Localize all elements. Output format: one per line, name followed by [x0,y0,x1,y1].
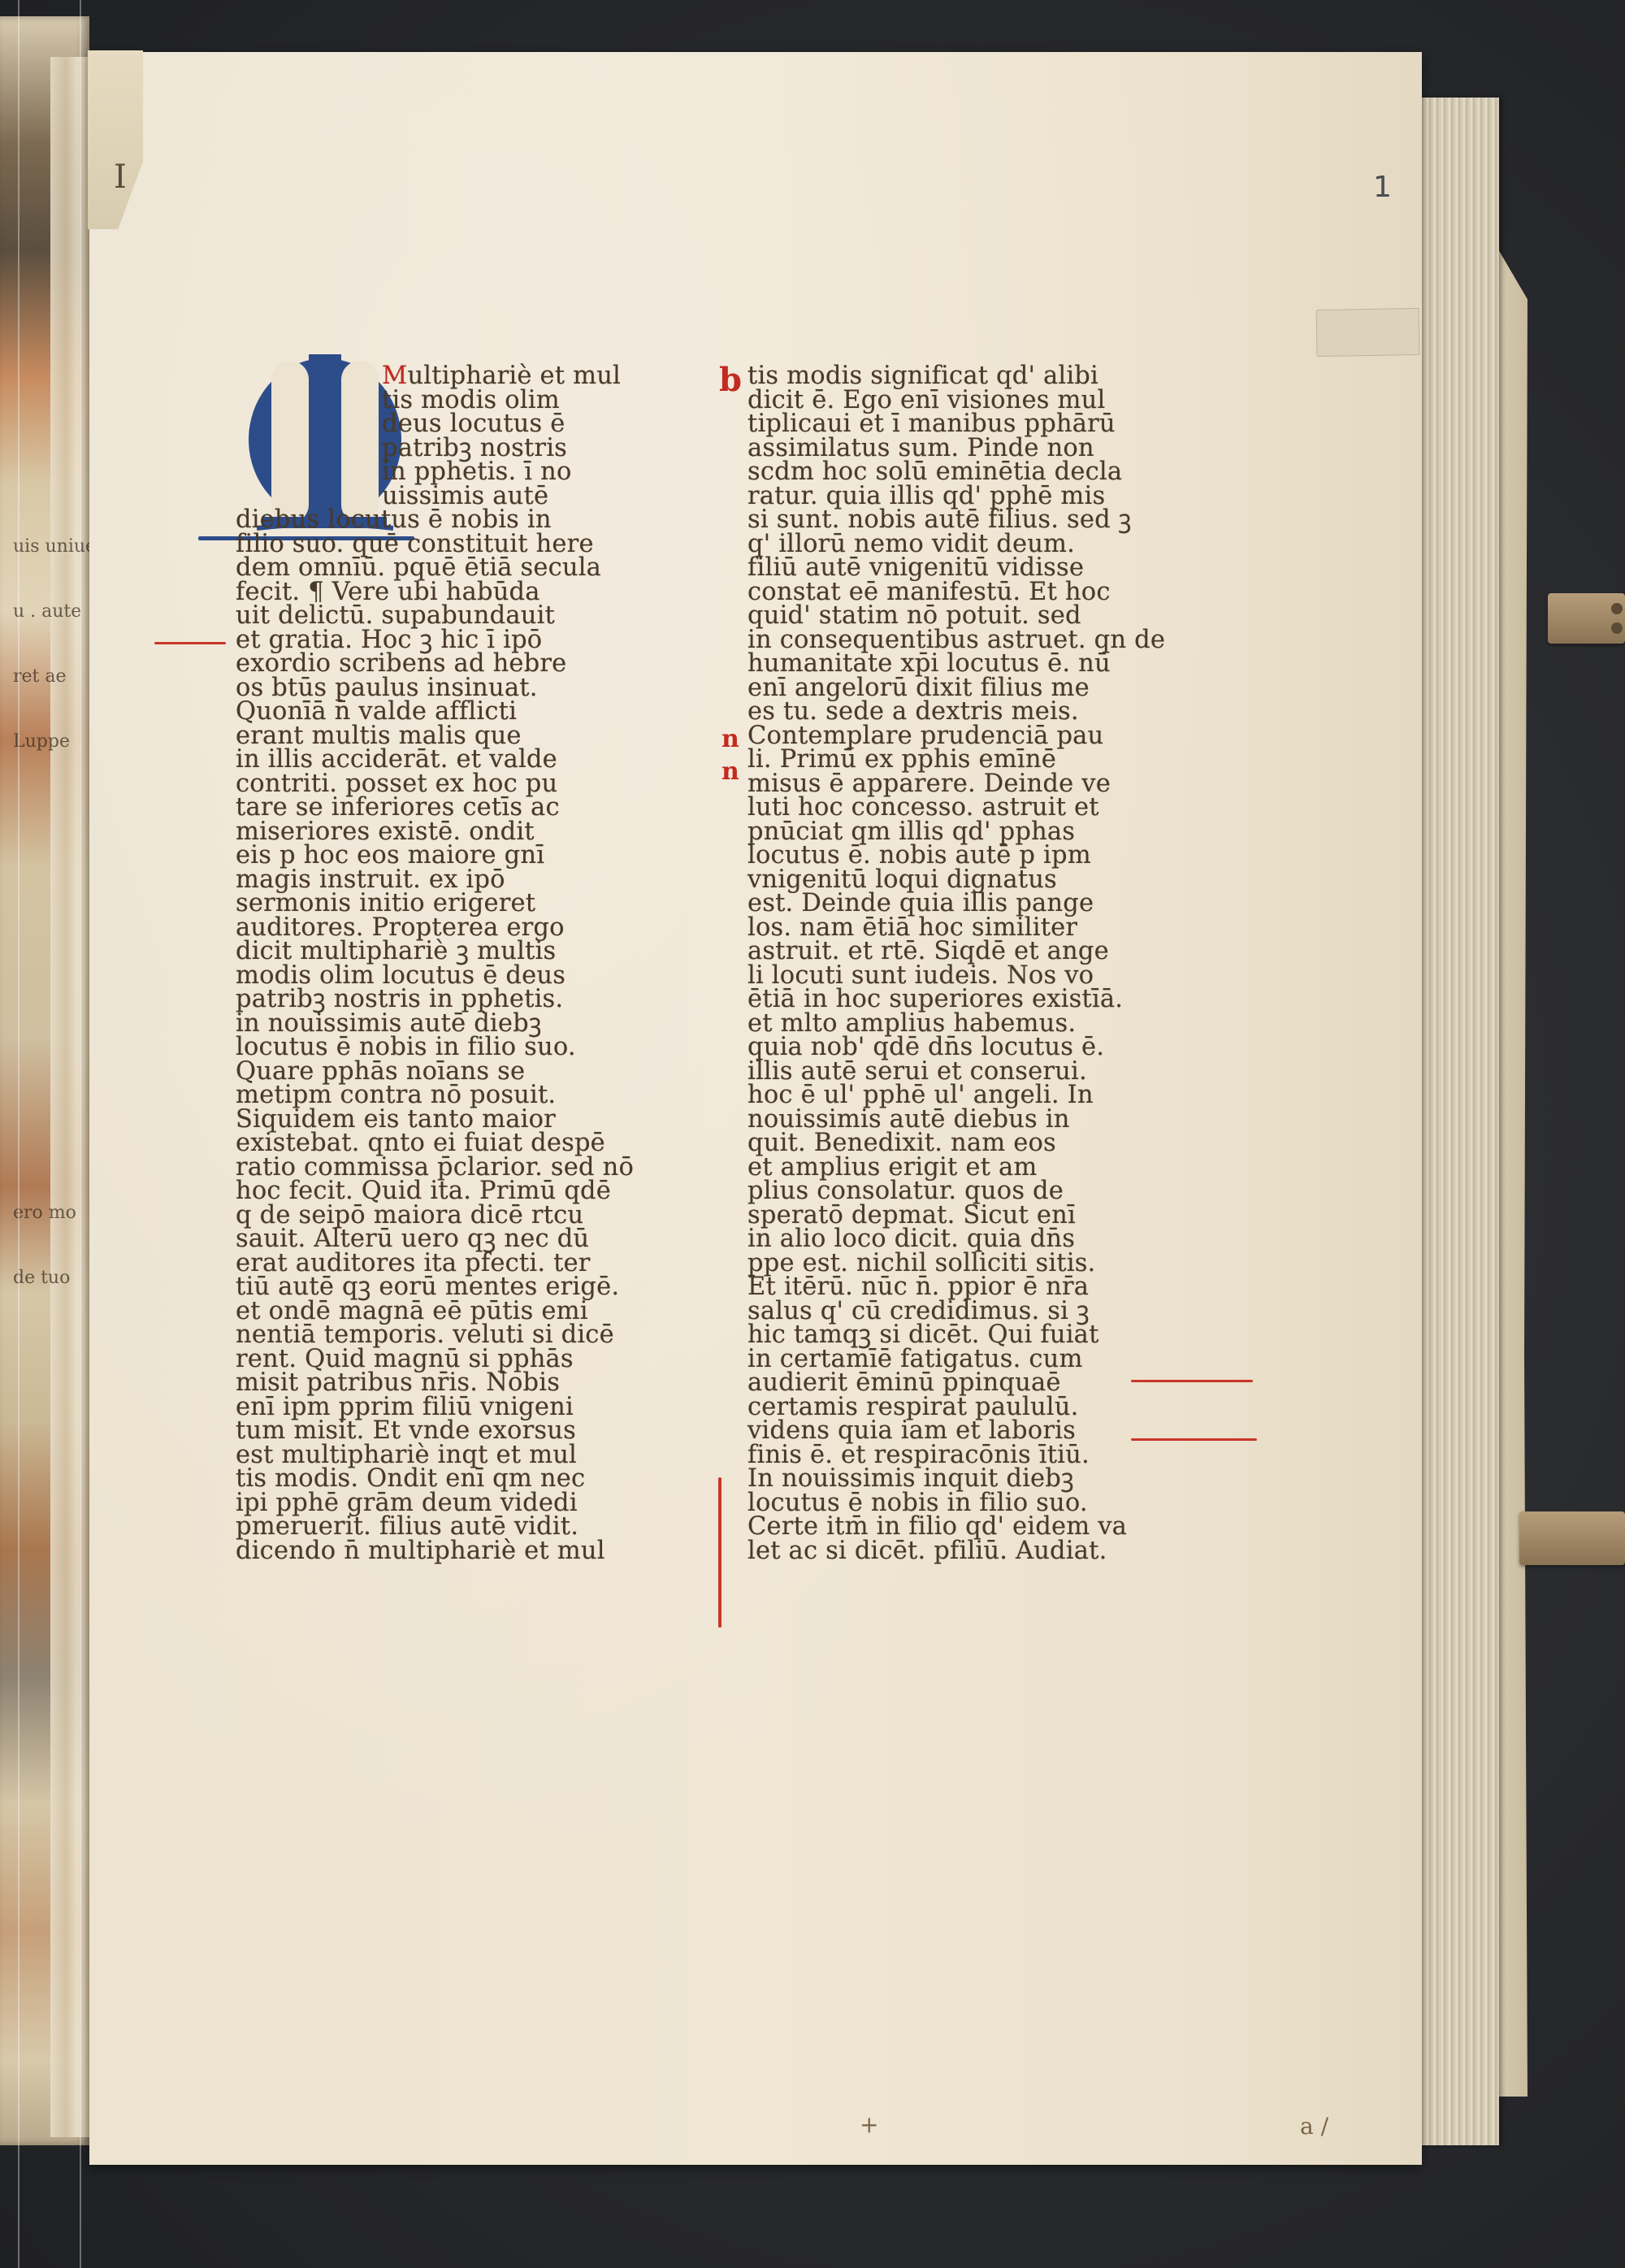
text-line: enī angelorū dixit filius me [747,676,1170,700]
text-line: in nouissimis autē diebꝫ [236,1012,658,1036]
text-line: scdm hoc solū eminētia decla [747,460,1170,484]
text-line: los. nam ētiā hoc similiter [747,916,1170,940]
text-line: eis p hoc eos maiore gnī [236,843,658,868]
glass-plate-edge [80,0,81,2268]
text-line: uissimis autē [236,484,658,509]
text-line: certamis respirat paululū. [747,1395,1170,1420]
binding-fragment-text: u . aute [13,601,81,622]
foot-mark: + [860,2111,878,2138]
text-line: pmeruerit. filius autē vidit. [236,1515,658,1539]
text-line: misit patribus nr̄is. Nobis [236,1371,658,1395]
text-line: locutus ē. nobis autē p ipm [747,843,1170,868]
binding-fragment-text: ero mo [13,1203,76,1223]
paper-marker-tab [1316,308,1420,357]
text-line: quit. Benedixit. nam eos [747,1131,1170,1156]
folio-number: 1 [1373,171,1392,204]
column-letter-b: b [719,361,742,399]
text-line: Quare pphās noīans se [236,1060,658,1084]
text-line: dem omnīū. pquē ētiā secula [236,556,658,580]
text-line: misus ē apparere. Deinde ve [747,772,1170,796]
text-line: rent. Quid magnū si pphās [236,1347,658,1372]
rubric-margin-line [154,642,226,644]
text-line: speratō depmat. Sicut enī [747,1203,1170,1228]
text-line: tiū autē qꝫ eorū mentes erigē. [236,1275,658,1299]
text-line: erat auditores ita pfecti. ter [236,1251,658,1276]
text-line: enī ipm pprim filiū vnigeni [236,1395,658,1420]
text-line: in certamīē fatigatus. cum [747,1347,1170,1372]
text-line: erant multis malis que [236,724,658,748]
text-line: illis autē serui et conserui. [747,1060,1170,1084]
text-line: in alio loco dicit. quia dn̄s [747,1227,1170,1251]
fore-edge-page-block [1418,98,1499,2145]
text-line: contriti. posset ex hoc pu [236,772,658,796]
text-line: metipm contra nō posuit. [236,1083,658,1108]
rivet-icon [1611,603,1623,614]
text-line: ppe est. nichil solliciti sitis. [747,1251,1170,1276]
binding-fragment-text: de tuo [13,1268,70,1288]
binding-guard-strip [50,57,89,2137]
text-line: Quonīā n̄ valde afflicti [236,700,658,724]
text-line: patribꝫ nostris in pphetis. [236,987,658,1012]
text-line: tis modis significat qd' alibi [747,364,1170,388]
flyleaf-numeral: I [114,158,127,196]
rubric-margin-n: n [721,725,739,753]
text-line: diebus locutus ē nobis in [236,508,658,532]
text-line: tis modis. Ondit enī qm nec [236,1467,658,1491]
text-line: hic tamqꝫ si dicēt. Qui fuiat [747,1323,1170,1347]
text-line: Siquidem eis tanto maior [236,1108,658,1132]
text-line: sermonis initio erigeret [236,891,658,916]
text-line: let ac si dicēt. pfiliū. Audiat. [747,1539,1170,1563]
text-line: nouissimis autē diebus in [747,1108,1170,1132]
text-line: uit delictū. supabundauit [236,604,658,628]
text-line: astruit. et rtē. Siqdē et ange [747,939,1170,964]
text-line: li locuti sunt iudeis. Nos vo [747,964,1170,988]
text-line: tum misit. Et vnde exorsus [236,1419,658,1443]
text-line: quid' statim nō potuit. sed [747,604,1170,628]
text-line: In nouissimis inquit diebꝫ [747,1467,1170,1491]
text-column-a: Multiphariè et mul tis modis olim deus l… [236,364,658,1563]
text-line: auditores. Propterea ergo [236,916,658,940]
binding-fragment-text: ret ae [13,666,67,687]
glass-plate-edge [18,0,19,2268]
text-line: in consequentibus astruet. qn de [747,628,1170,653]
text-line: audierit ēminū ppinquaē [747,1371,1170,1395]
text-line: Contemplare prudenciā pau [747,724,1170,748]
clasp-strap-lower [1519,1511,1625,1565]
rubric-margin-n: n [721,757,739,786]
text-line: li. Primū ex pphis emīnē [747,748,1170,772]
text-line: miseriores existē. ondit [236,820,658,844]
text-line: plius consolatur. quos de [747,1179,1170,1203]
text-line: quia nob' qdē dn̄s locutus ē. [747,1035,1170,1060]
text-line: fecit. ¶ Vere ubi habūda [236,580,658,605]
text-line: es tu. sede a dextris meis. [747,700,1170,724]
text-line: si sunt. nobis autē filius. sed ꝫ [747,508,1170,532]
text-line: dicendo n̄ multiphariè et mul [236,1539,658,1563]
text-line: est multiphariè inqt et mul [236,1443,658,1468]
text-line: hoc ē ul' pphē ul' angeli. In [747,1083,1170,1108]
text-line: in illis acciderāt. et valde [236,748,658,772]
binding-fragment-text: uis uniue [13,536,96,557]
text-line: tis modis olim [236,388,658,413]
text-line: q de seipō maiora dicē rtcu [236,1203,658,1228]
text-line: os btūs paulus insinuat. [236,676,658,700]
text-line: Certe itm̄ in filio qd' eidem va [747,1515,1170,1539]
text-line: deus locutus ē [236,412,658,436]
text-line: hoc fecit. Quid ita. Primū qdē [236,1179,658,1203]
text-line: sauit. Alterū uero qꝫ nec dū [236,1227,658,1251]
text-line: ētiā in hoc superiores existīā. [747,987,1170,1012]
text-line: filio suo. quē constituit here [236,532,658,557]
text-line: locutus ē nobis in filio suo. [236,1035,658,1060]
text-line: ipi pphē grām deum videdi [236,1491,658,1516]
text-line: et amplius erigit et am [747,1156,1170,1180]
text-line: assimilatus sum. Pinde non [747,436,1170,461]
text-line: filiū autē vnigenitū vidisse [747,556,1170,580]
foot-mark: a / [1300,2113,1328,2140]
back-board-edge [1495,244,1527,2097]
text-line: exordio scribens ad hebre [236,652,658,676]
text-line: vnigenitū loqui dignatus [747,868,1170,892]
text-line: modis olim locutus ē deus [236,964,658,988]
text-line: tiplicaui et ī manibus pphārū [747,412,1170,436]
text-line: q' illorū nemo vidit deum. [747,532,1170,557]
text-line: dicit multiphariè ꝫ multis [236,939,658,964]
text-line: ratur. quia illis qd' pphē mis [747,484,1170,509]
rubric-margin-brace [718,1477,721,1628]
text-line: luti hoc concesso. astruit et [747,796,1170,820]
text-line: in pphetis. ī no [236,460,658,484]
text-line: magis instruit. ex ipō [236,868,658,892]
text-line: nentiā temporis. veluti si dicē [236,1323,658,1347]
text-line: videns quia iam et laboris [747,1419,1170,1443]
text-line: locutus ē nobis in filio suo. [747,1491,1170,1516]
text-line: Et itērū. nūc n̄. ppior ē nr̄a [747,1275,1170,1299]
text-line: patribꝫ nostris [236,436,658,461]
text-line: salus q' cū credidimus. si ꝫ [747,1299,1170,1324]
text-line: ratio commissa p̄clarior. sed nō [236,1156,658,1180]
clasp-strap-upper [1548,593,1625,644]
text-line: pnūciat qm illis qd' pphas [747,820,1170,844]
text-line: constat eē manifestū. Et hoc [747,580,1170,605]
text-line: et mlto amplius habemus. [747,1012,1170,1036]
text-line: humanitate xp̄i locutus ē. nū [747,652,1170,676]
text-line: existebat. qnto ei fuiat despē [236,1131,658,1156]
text-line: dicit ē. Ego enī visiones mul [747,388,1170,413]
text-line: Multiphariè et mul [236,364,658,388]
binding-fragment-text: Luppe [13,731,70,752]
text-line: et gratia. Hoc ꝫ hic ī ipō [236,628,658,653]
text-line: finis ē. et respiracōnis ītiū. [747,1443,1170,1468]
rivet-icon [1611,622,1623,634]
text-line: est. Deinde quia illis pange [747,891,1170,916]
text-line: tare se inferiores cetīs ac [236,796,658,820]
text-line: et ondē magnā eē pūtis emi [236,1299,658,1324]
text-column-b: tis modis significat qd' alibi dicit ē. … [747,364,1170,1563]
